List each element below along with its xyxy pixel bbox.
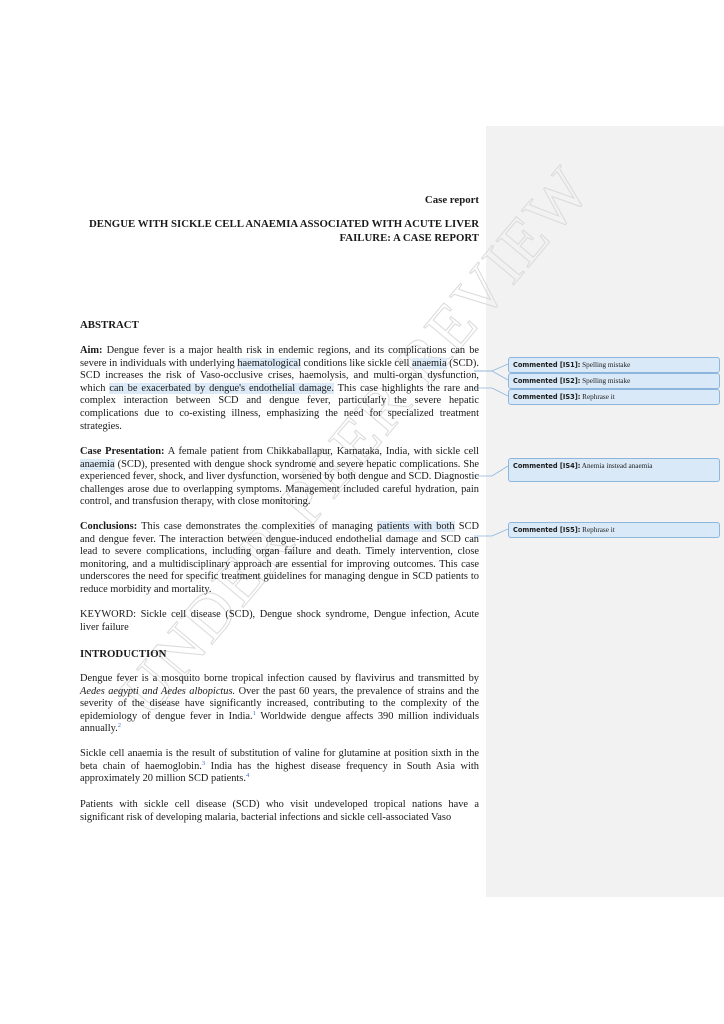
comment-author-label: Commented [IS4]: <box>513 462 580 470</box>
document-title: DENGUE WITH SICKLE CELL ANAEMIA ASSOCIAT… <box>80 218 479 245</box>
comment-text: Spelling mistake <box>580 361 630 369</box>
comment-text: Spelling mistake <box>580 377 630 385</box>
highlight-haematological[interactable]: haematological <box>237 358 300 369</box>
highlight-exacerbated[interactable]: can be exacerbated by dengue's endotheli… <box>109 383 334 394</box>
intro-paragraph-1: Dengue fever is a mosquito borne tropica… <box>80 673 479 736</box>
comment-is3[interactable]: Commented [IS3]: Rephrase it <box>508 389 720 405</box>
intro-text: Dengue fever is a mosquito borne tropica… <box>80 673 479 684</box>
conclusions-label: Conclusions: <box>80 521 137 532</box>
comment-is2[interactable]: Commented [IS2]: Spelling mistake <box>508 373 720 389</box>
aim-text: conditions like sickle cell <box>301 358 412 369</box>
comment-author-label: Commented [IS2]: <box>513 377 580 385</box>
article-type: Case report <box>80 194 479 207</box>
comments-pane <box>486 126 724 897</box>
introduction-heading: INTRODUCTION <box>80 648 479 661</box>
intro-paragraph-2: Sickle cell anaemia is the result of sub… <box>80 748 479 786</box>
case-text: A female patient from Chikkaballapur, Ka… <box>164 446 479 457</box>
citation-4[interactable]: 4 <box>246 772 249 779</box>
highlight-anaemia-2[interactable]: anaemia <box>80 459 115 470</box>
abstract-case-presentation: Case Presentation: A female patient from… <box>80 446 479 509</box>
highlight-patients-with-both[interactable]: patients with both <box>377 521 455 532</box>
comment-text: Rephrase it <box>580 393 614 401</box>
keywords: KEYWORD: Sickle cell disease (SCD), Deng… <box>80 609 479 634</box>
comment-is5[interactable]: Commented [IS5]: Rephrase it <box>508 522 720 538</box>
abstract-conclusions: Conclusions: This case demonstrates the … <box>80 521 479 597</box>
comment-text: Anemia instead anaemia <box>580 462 652 470</box>
comment-author-label: Commented [IS1]: <box>513 361 580 369</box>
aim-label: Aim: <box>80 345 103 356</box>
conclusions-text: SCD and dengue fever. The interaction be… <box>80 521 479 595</box>
comment-author-label: Commented [IS5]: <box>513 526 580 534</box>
case-presentation-label: Case Presentation: <box>80 446 164 457</box>
intro-paragraph-3: Patients with sickle cell disease (SCD) … <box>80 799 479 824</box>
case-text: (SCD), presented with dengue shock syndr… <box>80 459 479 508</box>
citation-2[interactable]: 2 <box>118 722 121 729</box>
abstract-aim: Aim: Dengue fever is a major health risk… <box>80 345 479 433</box>
comment-is1[interactable]: Commented [IS1]: Spelling mistake <box>508 357 720 373</box>
abstract-heading: ABSTRACT <box>80 319 479 332</box>
title-line-2: FAILURE: A CASE REPORT <box>80 232 479 246</box>
highlight-anaemia[interactable]: anaemia <box>412 358 447 369</box>
conclusions-text: This case demonstrates the complexities … <box>137 521 377 532</box>
title-line-1: DENGUE WITH SICKLE CELL ANAEMIA ASSOCIAT… <box>80 218 479 232</box>
species-names: Aedes aegypti and Aedes albopictus. <box>80 686 235 697</box>
comment-text: Rephrase it <box>580 526 614 534</box>
comment-is4[interactable]: Commented [IS4]: Anemia instead anaemia <box>508 458 720 482</box>
comment-author-label: Commented [IS3]: <box>513 393 580 401</box>
